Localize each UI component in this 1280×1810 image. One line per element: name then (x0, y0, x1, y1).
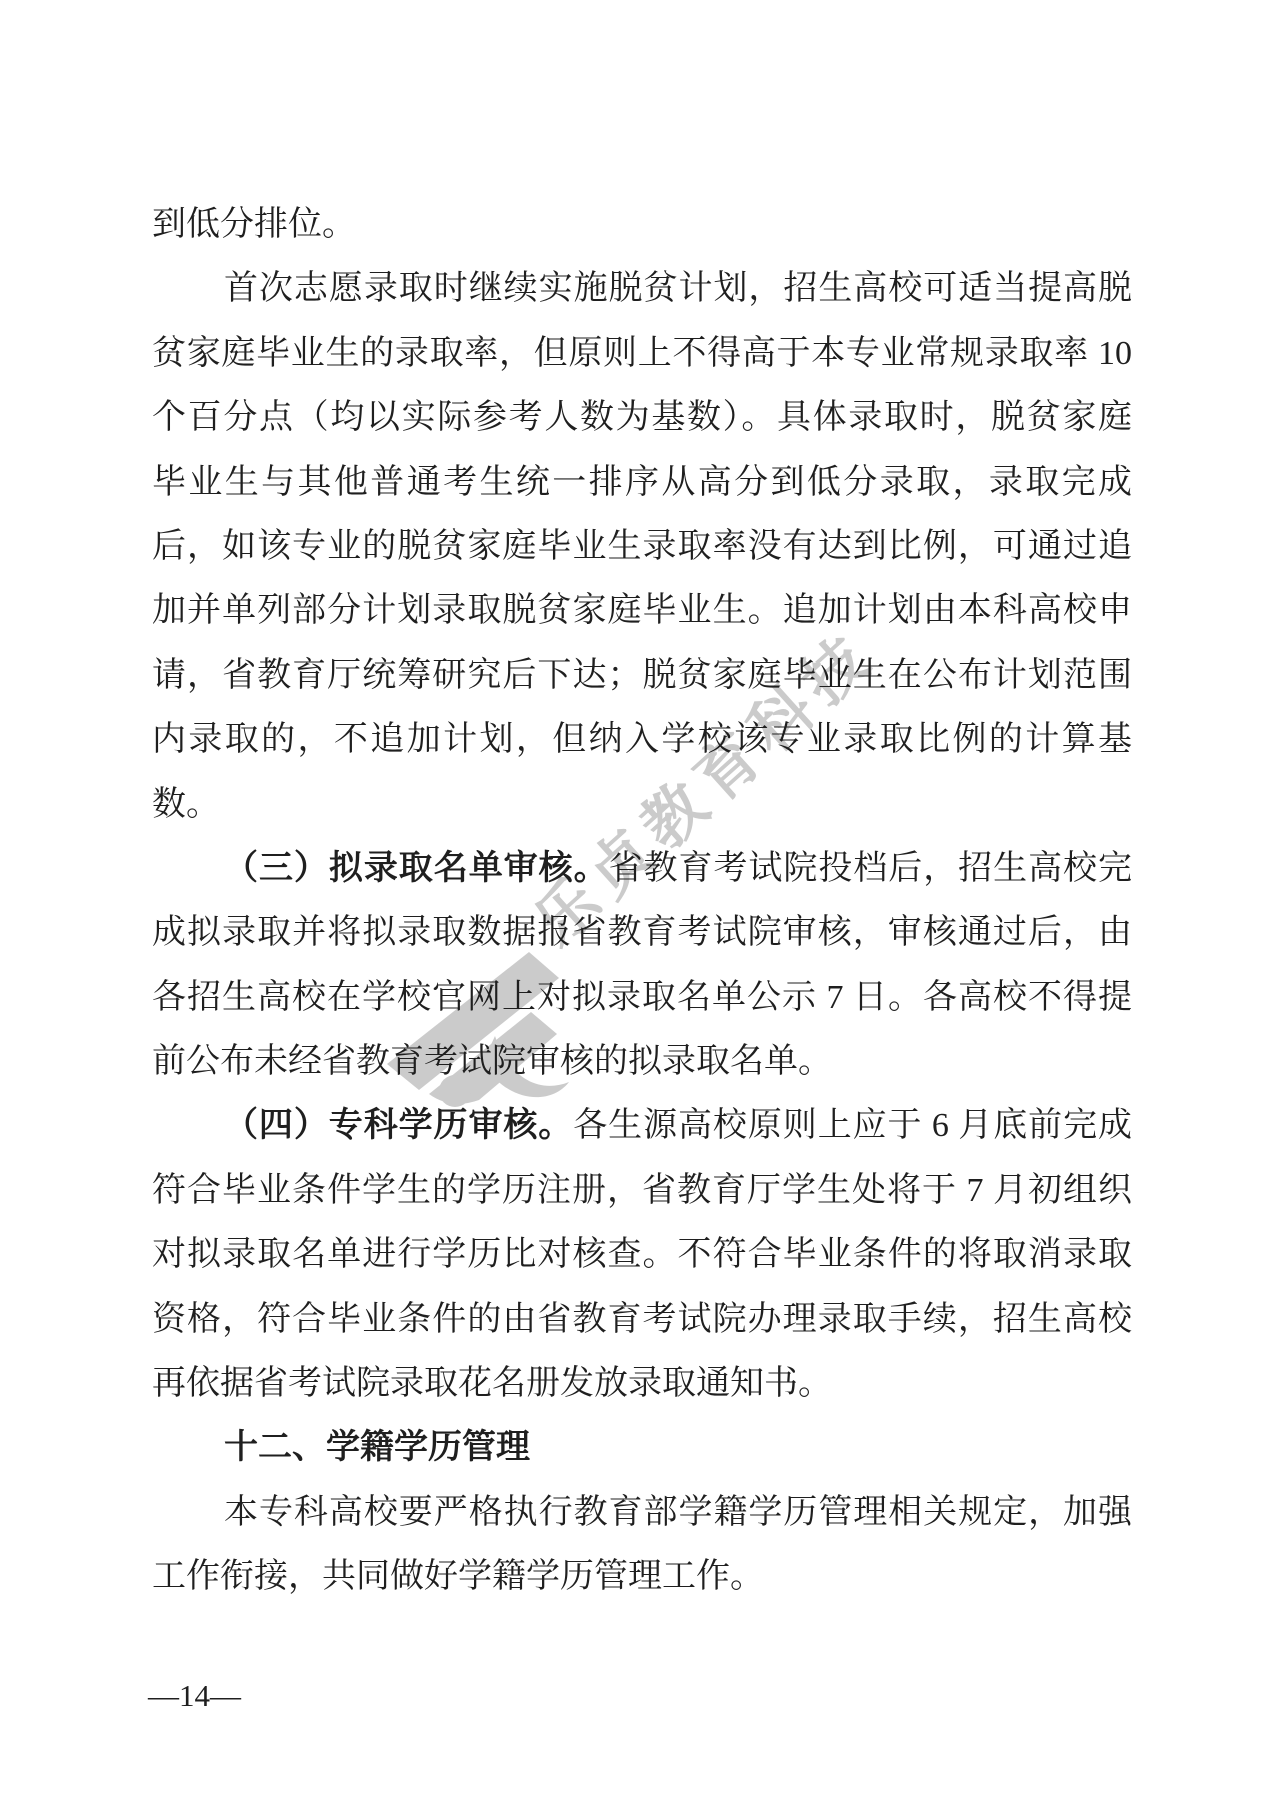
text-line: 个百分点（均以实际参考人数为基数）。具体录取时，脱贫家庭 (152, 386, 1132, 450)
document-lines: 到低分排位。首次志愿录取时继续实施脱贫计划，招生高校可适当提高脱贫家庭毕业生的录… (152, 193, 1132, 1610)
document-page: 乐贞教育科技 到低分排位。首次志愿录取时继续实施脱贫计划，招生高校可适当提高脱贫… (0, 0, 1280, 1810)
text-segment: 省教育考试院投档后，招生高校完 (609, 850, 1132, 887)
text-line: 成拟录取并将拟录取数据报省教育考试院审核，审核通过后，由 (152, 901, 1132, 965)
text-line: 数。 (152, 773, 1132, 837)
text-segment: 请，省教育厅统筹研究后下达；脱贫家庭毕业生在公布计划范围 (152, 657, 1132, 694)
text-line: 本专科高校要严格执行教育部学籍学历管理相关规定，加强 (152, 1481, 1132, 1545)
text-line: 资格，符合毕业条件的由省教育考试院办理录取手续，招生高校 (152, 1288, 1132, 1352)
text-segment: 各生源高校原则上应于 6 月底前完成 (573, 1107, 1132, 1144)
text-line: 内录取的，不追加计划，但纳入学校该专业录取比例的计算基 (152, 708, 1132, 772)
text-segment: 个百分点（均以实际参考人数为基数）。具体录取时，脱贫家庭 (152, 399, 1132, 436)
text-line: 贫家庭毕业生的录取率，但原则上不得高于本专业常规录取率 10 (152, 322, 1132, 386)
text-line: 到低分排位。 (152, 193, 1132, 257)
text-segment: 符合毕业条件学生的学历注册，省教育厅学生处将于 7 月初组织 (152, 1172, 1132, 1209)
text-segment: 本专科高校要严格执行教育部学籍学历管理相关规定，加强 (224, 1494, 1132, 1531)
text-segment: 数。 (152, 786, 220, 823)
text-line: 各招生高校在学校官网上对拟录取名单公示 7 日。各高校不得提 (152, 966, 1132, 1030)
text-line: 后，如该专业的脱贫家庭毕业生录取率没有达到比例，可通过追 (152, 515, 1132, 579)
text-line: 加并单列部分计划录取脱贫家庭毕业生。追加计划由本科高校申 (152, 579, 1132, 643)
text-line: 请，省教育厅统筹研究后下达；脱贫家庭毕业生在公布计划范围 (152, 644, 1132, 708)
text-segment: 加并单列部分计划录取脱贫家庭毕业生。追加计划由本科高校申 (152, 592, 1132, 629)
text-segment: 各招生高校在学校官网上对拟录取名单公示 7 日。各高校不得提 (152, 979, 1132, 1016)
text-segment: 前公布未经省教育考试院审核的拟录取名单。 (152, 1043, 832, 1080)
text-segment: 后，如该专业的脱贫家庭毕业生录取率没有达到比例，可通过追 (152, 528, 1132, 565)
page-number: —14— (148, 1676, 241, 1716)
text-line: 十二、学籍学历管理 (152, 1416, 1132, 1480)
text-segment: 内录取的，不追加计划，但纳入学校该专业录取比例的计算基 (152, 721, 1132, 758)
text-segment: 首次志愿录取时继续实施脱贫计划，招生高校可适当提高脱 (224, 270, 1132, 307)
text-line: 毕业生与其他普通考生统一排序从高分到低分录取，录取完成 (152, 451, 1132, 515)
text-segment: 再依据省考试院录取花名册发放录取通知书。 (152, 1365, 832, 1402)
text-line: （四）专科学历审核。各生源高校原则上应于 6 月底前完成 (152, 1094, 1132, 1158)
text-segment: 资格，符合毕业条件的由省教育考试院办理录取手续，招生高校 (152, 1301, 1132, 1338)
bold-text-segment: （四）专科学历审核。 (224, 1107, 573, 1144)
text-segment: 成拟录取并将拟录取数据报省教育考试院审核，审核通过后，由 (152, 914, 1132, 951)
text-segment: 毕业生与其他普通考生统一排序从高分到低分录取，录取完成 (152, 464, 1132, 501)
text-line: 工作衔接，共同做好学籍学历管理工作。 (152, 1545, 1132, 1609)
text-line: 首次志愿录取时继续实施脱贫计划，招生高校可适当提高脱 (152, 257, 1132, 321)
bold-text-segment: 十二、学籍学历管理 (224, 1429, 530, 1466)
text-line: 再依据省考试院录取花名册发放录取通知书。 (152, 1352, 1132, 1416)
text-segment: 工作衔接，共同做好学籍学历管理工作。 (152, 1558, 764, 1595)
bold-text-segment: （三）拟录取名单审核。 (224, 850, 609, 887)
text-segment: 贫家庭毕业生的录取率，但原则上不得高于本专业常规录取率 10 (152, 335, 1132, 372)
text-segment: 到低分排位。 (152, 206, 356, 243)
text-segment: 对拟录取名单进行学历比对核查。不符合毕业条件的将取消录取 (152, 1236, 1132, 1273)
text-line: 符合毕业条件学生的学历注册，省教育厅学生处将于 7 月初组织 (152, 1159, 1132, 1223)
text-line: 对拟录取名单进行学历比对核查。不符合毕业条件的将取消录取 (152, 1223, 1132, 1287)
text-line: （三）拟录取名单审核。省教育考试院投档后，招生高校完 (152, 837, 1132, 901)
text-line: 前公布未经省教育考试院审核的拟录取名单。 (152, 1030, 1132, 1094)
